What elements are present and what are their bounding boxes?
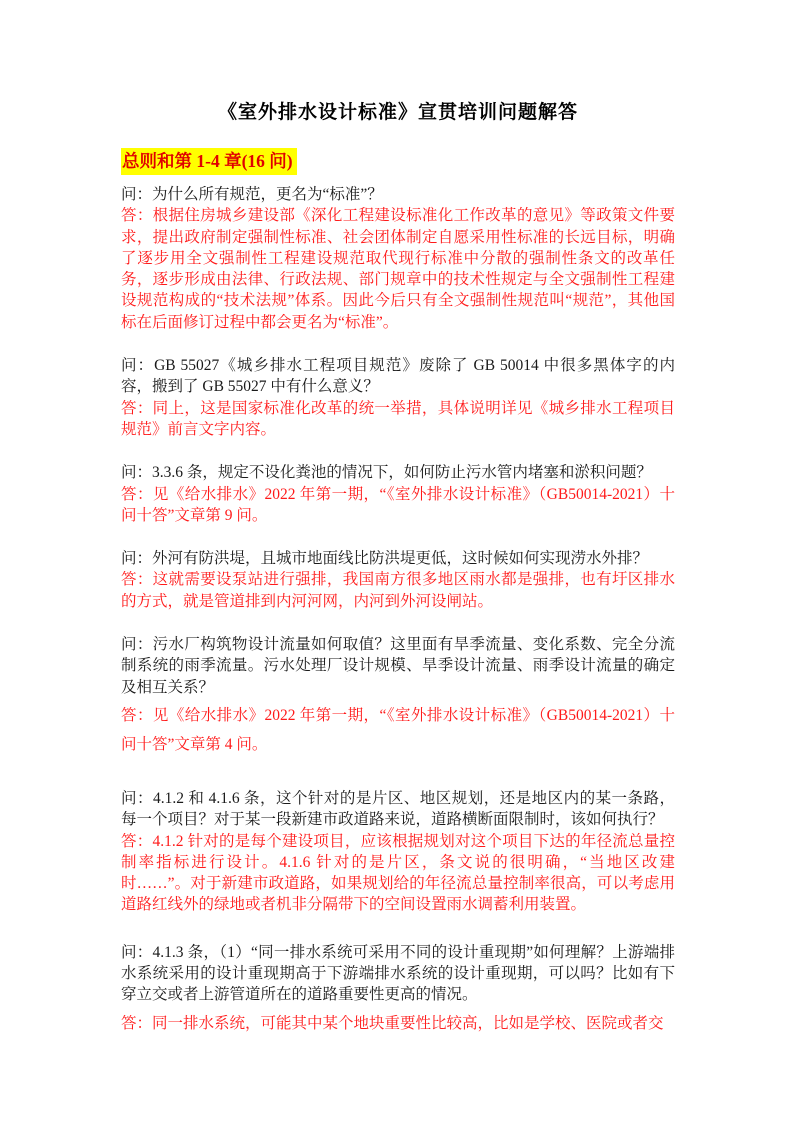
qa-block-4: 问：外河有防洪堤，且城市地面线比防洪堤更低，这时候如何实现涝水外排？ 答：这就需… bbox=[121, 548, 675, 612]
document-title: 《室外排水设计标准》宣贯培训问题解答 bbox=[121, 100, 675, 126]
question-text: 问：3.3.6 条，规定不设化粪池的情况下，如何防止污水管内堵塞和淤积问题？ bbox=[121, 462, 675, 483]
qa-block-3: 问：3.3.6 条，规定不设化粪池的情况下，如何防止污水管内堵塞和淤积问题？ 答… bbox=[121, 462, 675, 526]
question-text: 问：GB 55027《城乡排水工程项目规范》废除了 GB 50014 中很多黑体… bbox=[121, 355, 675, 398]
document-page: 《室外排水设计标准》宣贯培训问题解答 总则和第 1-4 章(16 问) 问：为什… bbox=[0, 0, 794, 1123]
question-text: 问：为什么所有规范，更名为“标准”？ bbox=[121, 184, 675, 205]
document-content: 《室外排水设计标准》宣贯培训问题解答 总则和第 1-4 章(16 问) 问：为什… bbox=[121, 100, 675, 1056]
answer-text: 答：见《给水排水》2022 年第一期，“《室外排水设计标准》（GB50014-2… bbox=[121, 484, 675, 527]
answer-text: 答：4.1.2 针对的是每个建设项目，应该根据规划对这个项目下达的年径流总量控制… bbox=[121, 831, 675, 916]
qa-block-2: 问：GB 55027《城乡排水工程项目规范》废除了 GB 50014 中很多黑体… bbox=[121, 355, 675, 440]
qa-block-5: 问：污水厂构筑物设计流量如何取值？这里面有旱季流量、变化系数、完全分流制系统的雨… bbox=[121, 634, 675, 759]
question-text: 问：4.1.2 和 4.1.6 条，这个针对的是片区、地区规划，还是地区内的某一… bbox=[121, 788, 675, 831]
section-heading-wrap: 总则和第 1-4 章(16 问) bbox=[121, 148, 675, 175]
answer-text: 答：同一排水系统，可能其中某个地块重要性比较高，比如是学校、医院或者交 bbox=[121, 1013, 675, 1034]
question-text: 问：污水厂构筑物设计流量如何取值？这里面有旱季流量、变化系数、完全分流制系统的雨… bbox=[121, 634, 675, 698]
section-heading-highlighted: 总则和第 1-4 章(16 问) bbox=[121, 148, 297, 175]
answer-text: 答：根据住房城乡建设部《深化工程建设标准化工作改革的意见》等政策文件要求，提出政… bbox=[121, 205, 675, 333]
answer-text: 答：这就需要设泵站进行强排，我国南方很多地区雨水都是强排，也有圩区排水的方式，就… bbox=[121, 569, 675, 612]
question-text: 问：外河有防洪堤，且城市地面线比防洪堤更低，这时候如何实现涝水外排？ bbox=[121, 548, 675, 569]
question-text: 问：4.1.3 条，（1）“同一排水系统可采用不同的设计重现期”如何理解？上游端… bbox=[121, 942, 675, 1006]
qa-block-6: 问：4.1.2 和 4.1.6 条，这个针对的是片区、地区规划，还是地区内的某一… bbox=[121, 788, 675, 916]
answer-text: 答：见《给水排水》2022 年第一期，“《室外排水设计标准》（GB50014-2… bbox=[121, 701, 675, 759]
qa-block-1: 问：为什么所有规范，更名为“标准”？ 答：根据住房城乡建设部《深化工程建设标准化… bbox=[121, 184, 675, 333]
qa-block-7: 问：4.1.3 条，（1）“同一排水系统可采用不同的设计重现期”如何理解？上游端… bbox=[121, 942, 675, 1034]
answer-text: 答：同上，这是国家标准化改革的统一举措，具体说明详见《城乡排水工程项目规范》前言… bbox=[121, 398, 675, 441]
